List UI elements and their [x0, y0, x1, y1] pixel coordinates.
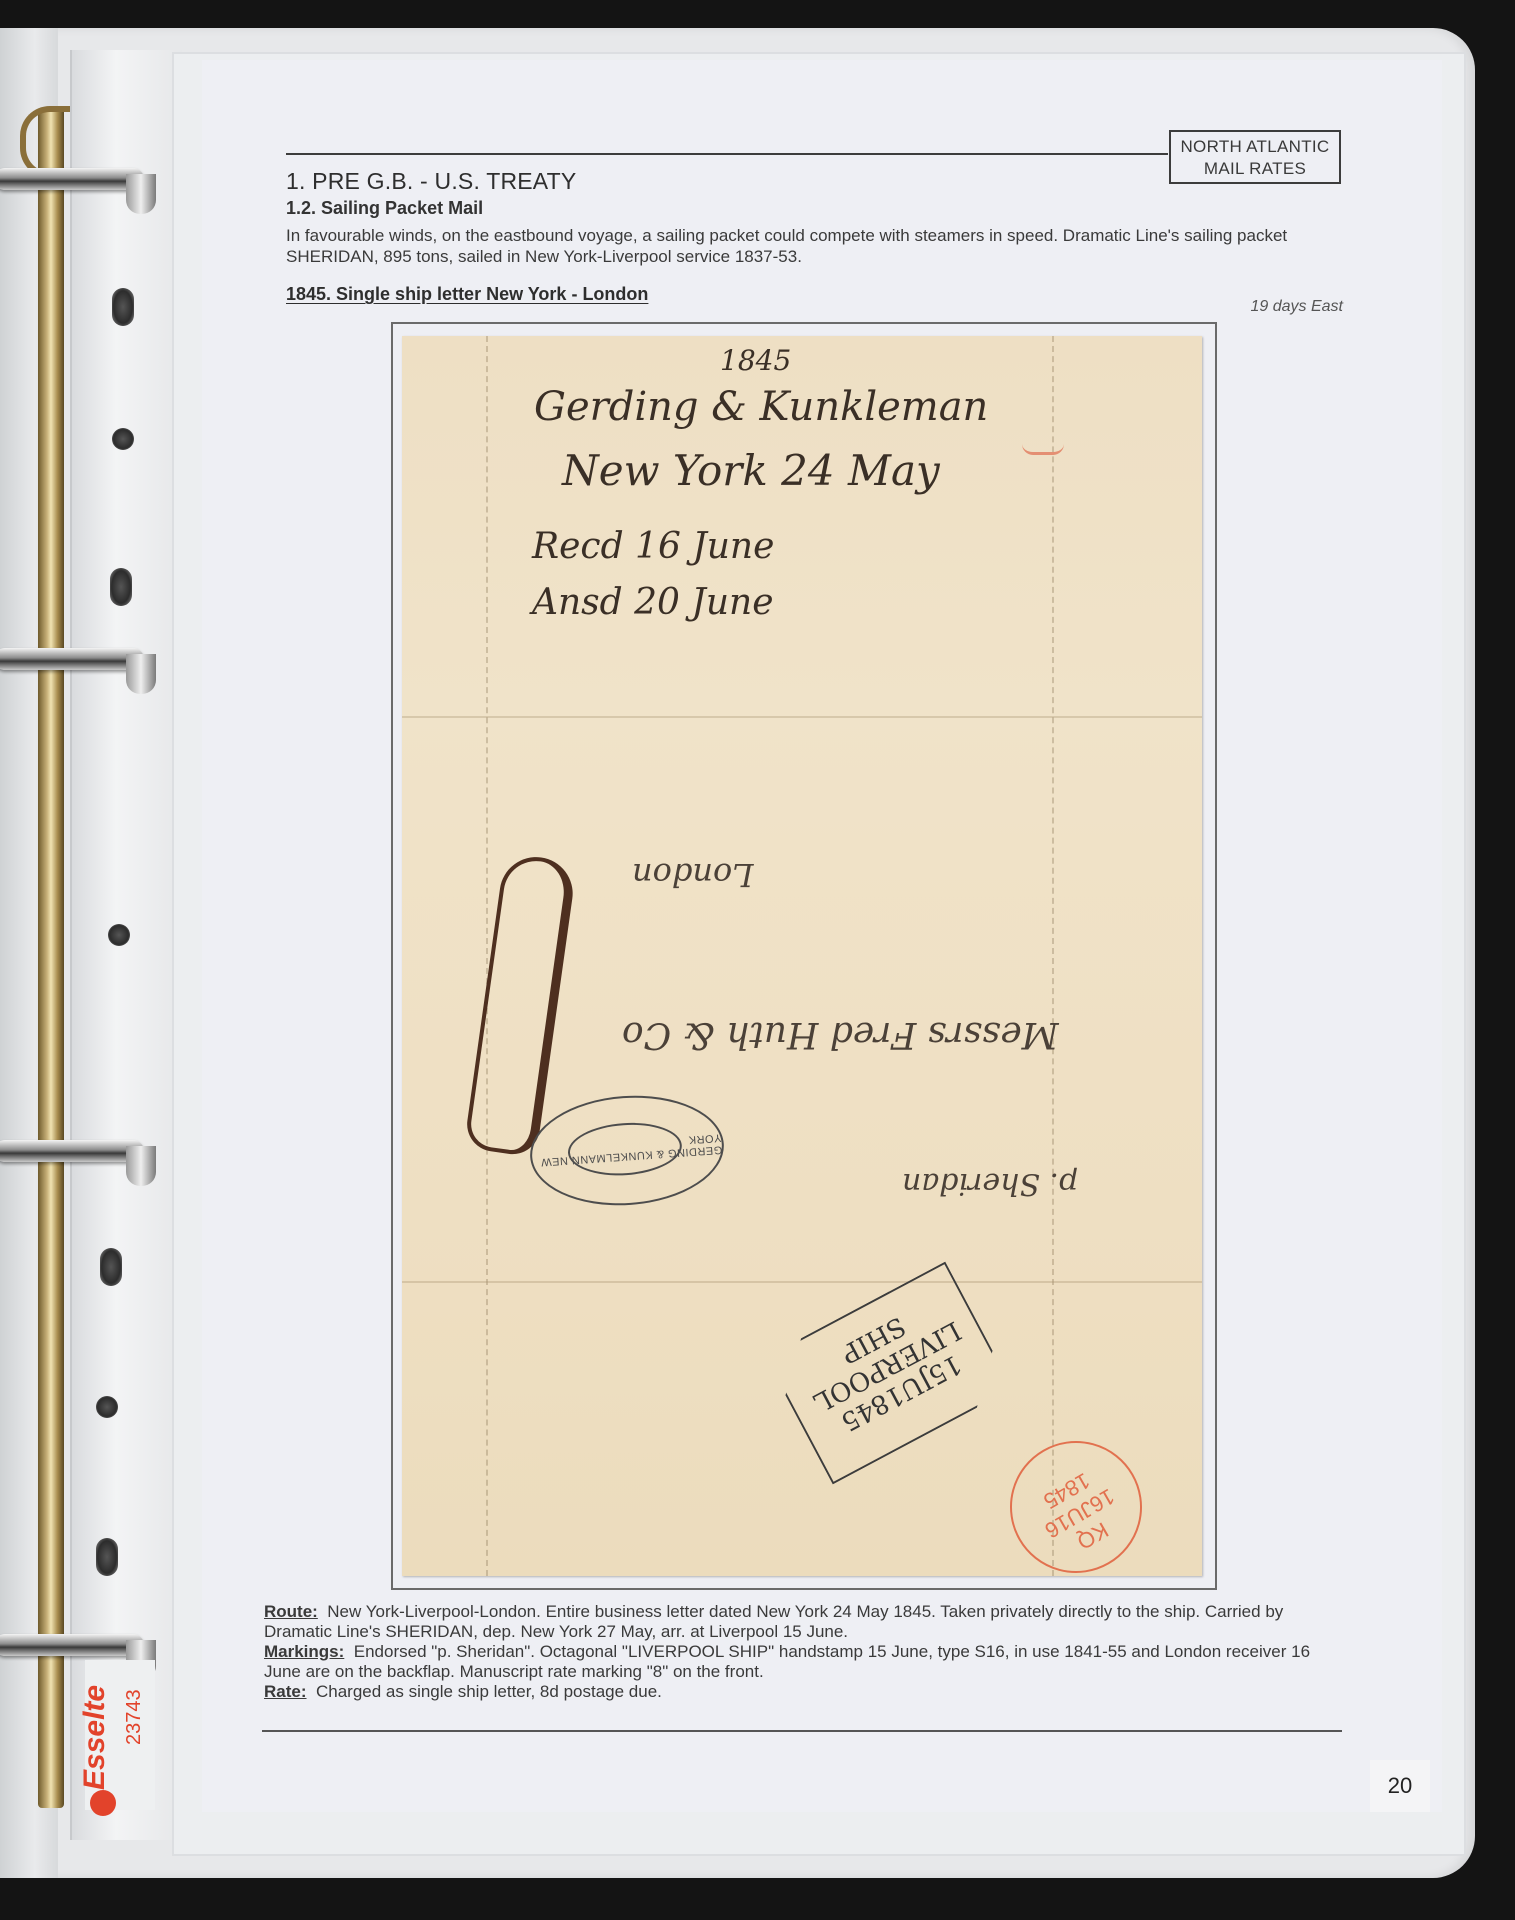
rate-label: Rate:	[264, 1682, 307, 1701]
docket-line: New York 24 May	[562, 446, 940, 495]
london-receiver-cds: KQ 16JU16 1845	[986, 1417, 1166, 1576]
markings-text: Endorsed "p. Sheridan". Octagonal "LIVER…	[264, 1642, 1310, 1681]
route-note: Route: New York-Liverpool-London. Entire…	[264, 1602, 1344, 1642]
docket-line: Ansd 20 June	[532, 582, 774, 623]
route-label: Route:	[264, 1602, 318, 1621]
fold-line	[402, 1281, 1202, 1283]
brand-name: Esselte	[78, 1685, 112, 1790]
docket-line: Gerding & Kunkleman	[534, 384, 988, 430]
fold-line	[1052, 336, 1054, 1576]
punch-hole	[96, 1538, 118, 1576]
punched-margin-strip	[70, 50, 182, 1840]
entire-letter: 1845 Gerding & Kunkleman New York 24 May…	[402, 336, 1202, 1576]
markings-label: Markings:	[264, 1642, 344, 1661]
section-title: 1. PRE G.B. - U.S. TREATY	[286, 168, 576, 195]
sender-oval-handstamp: GERDING & KUNKELMANN NEW YORK	[526, 1089, 727, 1211]
page-number: 20	[1370, 1760, 1430, 1812]
item-title: 1845. Single ship letter New York - Lond…	[286, 284, 648, 305]
binder-rail	[38, 108, 64, 1808]
punch-hole	[110, 568, 132, 606]
route-text: New York-Liverpool-London. Entire busine…	[264, 1602, 1283, 1641]
product-code: 23743	[123, 1689, 146, 1745]
esselte-logo-icon	[90, 1790, 116, 1816]
manuscript-rate-8	[464, 852, 578, 1157]
punch-hole	[96, 1396, 118, 1418]
address-line: Messrs Fred Huth & Co	[622, 1014, 1059, 1055]
rate-note: Rate: Charged as single ship letter, 8d …	[264, 1682, 1344, 1702]
docket-year: 1845	[720, 344, 791, 377]
markings-note: Markings: Endorsed "p. Sheridan". Octago…	[264, 1642, 1344, 1682]
docket-line: Recd 16 June	[532, 526, 774, 567]
footer-rule	[262, 1730, 1342, 1732]
exhibit-title-line-2: MAIL RATES	[1171, 158, 1339, 180]
header-rule	[286, 153, 1168, 155]
binder-ring	[0, 1140, 144, 1162]
address-line: p. Sheridan	[902, 1166, 1078, 1201]
punch-hole	[112, 288, 134, 326]
subsection-title: 1.2. Sailing Packet Mail	[286, 198, 483, 219]
binder-ring	[0, 168, 144, 190]
address-line: London	[632, 856, 753, 894]
description-notes: Route: New York-Liverpool-London. Entire…	[264, 1602, 1344, 1702]
red-mark	[1022, 444, 1064, 455]
binder-ring	[0, 648, 144, 670]
fold-line	[486, 336, 488, 1576]
punch-hole	[112, 428, 134, 450]
binder-ring	[0, 1634, 144, 1656]
rate-text: Charged as single ship letter, 8d postag…	[316, 1682, 662, 1701]
transit-time: 19 days East	[1251, 298, 1344, 316]
exhibit-title-box: NORTH ATLANTIC MAIL RATES	[1169, 130, 1341, 184]
intro-paragraph: In favourable winds, on the eastbound vo…	[286, 225, 1346, 267]
fold-line	[402, 716, 1202, 718]
exhibit-title-line-1: NORTH ATLANTIC	[1171, 136, 1339, 158]
punch-hole	[108, 924, 130, 946]
punch-hole	[100, 1248, 122, 1286]
